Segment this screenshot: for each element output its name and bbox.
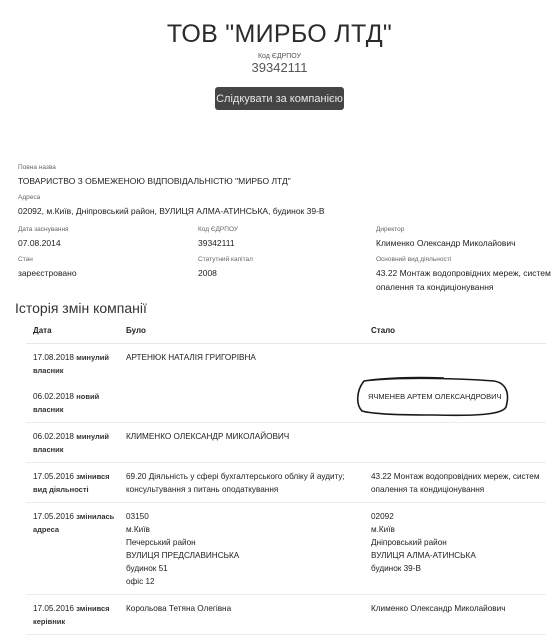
history-row: 17.05.2016 змінився вид діяльності69.20 … bbox=[26, 463, 546, 503]
history-before-cell: АРТЕНЮК НАТАЛІЯ ГРИГОРІВНА bbox=[119, 344, 364, 384]
history-before-cell-line: 03150 bbox=[126, 510, 364, 523]
history-table: Дата Було Стало 17.08.2018 минулий власн… bbox=[26, 320, 546, 635]
field-label: Дата заснування bbox=[18, 225, 178, 234]
history-before-cell-line: 69.20 Діяльність у сфері бухгалтерського… bbox=[126, 470, 364, 483]
field-label: Повна назва bbox=[18, 163, 418, 172]
circled-new-owner: ЯЧМЕНЕВ АРТЕМ ОЛЕКСАНДРОВИЧ bbox=[368, 392, 502, 401]
field-value: 39342111 bbox=[198, 236, 358, 250]
field-activity: Основний вид діяльності 43.22 Монтаж вод… bbox=[376, 255, 551, 294]
change-date: 17.05.2016 bbox=[33, 604, 74, 613]
history-before-cell-line: КЛИМЕНКО ОЛЕКСАНДР МИКОЛАЙОВИЧ bbox=[126, 430, 364, 443]
history-after-cell-line: будинок 39-В bbox=[371, 562, 546, 575]
history-after-cell-line: Клименко Олександр Миколайович bbox=[371, 602, 546, 615]
field-label: Код ЄДРПОУ bbox=[198, 225, 358, 234]
field-value: Клименко Олександр Миколайович bbox=[376, 236, 556, 250]
field-value: 2008 bbox=[198, 266, 358, 280]
history-row: 17.05.2016 змінилась адреса03150м.КиївПе… bbox=[26, 503, 546, 595]
history-after-cell-line: опалення та кондиціонування bbox=[371, 483, 546, 496]
change-date: 17.08.2018 bbox=[33, 353, 74, 362]
history-before-cell-line: Печерський район bbox=[126, 536, 364, 549]
history-date-cell: 17.08.2018 минулий власник bbox=[26, 344, 119, 384]
field-full-name: Повна назва ТОВАРИСТВО З ОБМЕЖЕНОЮ ВІДПО… bbox=[18, 163, 418, 188]
history-after-cell-line: ВУЛИЦЯ АЛМА-АТИНСЬКА bbox=[371, 549, 546, 562]
field-capital: Статутний капітал 2008 bbox=[198, 255, 358, 280]
history-before-cell-line: консультування з питань оподаткування bbox=[126, 483, 364, 496]
history-before-cell: КЛИМЕНКО ОЛЕКСАНДР МИКОЛАЙОВИЧ bbox=[119, 423, 364, 463]
history-header-row: Дата Було Стало bbox=[26, 320, 546, 344]
history-date-cell: 17.05.2016 змінилась адреса bbox=[26, 503, 119, 595]
history-date-cell: 06.02.2018 минулий власник bbox=[26, 423, 119, 463]
history-date-cell: 17.05.2016 змінився керівник bbox=[26, 595, 119, 635]
history-after-cell bbox=[364, 423, 546, 463]
history-before-cell: 69.20 Діяльність у сфері бухгалтерського… bbox=[119, 463, 364, 503]
history-before-cell-line: Корольова Тетяна Олегівна bbox=[126, 602, 364, 615]
change-date: 06.02.2018 bbox=[33, 392, 74, 401]
change-date: 17.05.2016 bbox=[33, 512, 74, 521]
history-date-cell: 06.02.2018 новий власник bbox=[26, 383, 119, 423]
history-date-cell: 17.05.2016 змінився вид діяльності bbox=[26, 463, 119, 503]
history-row: 06.02.2018 минулий власникКЛИМЕНКО ОЛЕКС… bbox=[26, 423, 546, 463]
company-title: ТОВ "МИРБО ЛТД" bbox=[0, 20, 559, 49]
history-after-cell-line: м.Київ bbox=[371, 523, 546, 536]
history-row: 17.05.2016 змінився керівникКорольова Те… bbox=[26, 595, 546, 635]
field-value: 43.22 Монтаж водопровідних мереж, систем… bbox=[376, 266, 551, 294]
field-code: Код ЄДРПОУ 39342111 bbox=[198, 225, 358, 250]
field-label: Статутний капітал bbox=[198, 255, 358, 264]
history-before-cell-line: ВУЛИЦЯ ПРЕДСЛАВИНСЬКА bbox=[126, 549, 364, 562]
field-status: Стан зареєстровано bbox=[18, 255, 178, 280]
follow-company-button[interactable]: Слідкувати за компанією bbox=[215, 87, 344, 110]
column-header-after: Стало bbox=[364, 320, 546, 344]
history-after-cell: 02092м.КиївДніпровський районВУЛИЦЯ АЛМА… bbox=[364, 503, 546, 595]
field-address: Адреса 02092, м.Київ, Дніпровський район… bbox=[18, 193, 418, 218]
history-before-cell-line: АРТЕНЮК НАТАЛІЯ ГРИГОРІВНА bbox=[126, 351, 364, 364]
field-value: 07.08.2014 bbox=[18, 236, 178, 250]
history-after-cell: Клименко Олександр Миколайович bbox=[364, 595, 546, 635]
history-after-cell-line: 43.22 Монтаж водопровідних мереж, систем bbox=[371, 470, 546, 483]
history-before-cell-line: офіс 12 bbox=[126, 575, 364, 588]
history-before-cell: 03150м.КиївПечерський районВУЛИЦЯ ПРЕДСЛ… bbox=[119, 503, 364, 595]
field-value: зареєстровано bbox=[18, 266, 178, 280]
history-before-cell-line: будинок 51 bbox=[126, 562, 364, 575]
change-date: 06.02.2018 bbox=[33, 432, 74, 441]
history-after-cell-line: Дніпровський район bbox=[371, 536, 546, 549]
field-label: Стан bbox=[18, 255, 178, 264]
edrpou-label: Код ЄДРПОУ bbox=[0, 53, 559, 60]
history-title: Історія змін компанії bbox=[15, 300, 147, 316]
field-director: Директор Клименко Олександр Миколайович bbox=[376, 225, 556, 250]
history-before-cell bbox=[119, 383, 364, 423]
history-after-cell: 43.22 Монтаж водопровідних мереж, систем… bbox=[364, 463, 546, 503]
history-before-cell: Корольова Тетяна Олегівна bbox=[119, 595, 364, 635]
change-date: 17.05.2016 bbox=[33, 472, 74, 481]
history-after-cell-line: 02092 bbox=[371, 510, 546, 523]
column-header-before: Було bbox=[119, 320, 364, 344]
field-label: Адреса bbox=[18, 193, 418, 202]
edrpou-value: 39342111 bbox=[0, 60, 559, 75]
column-header-date: Дата bbox=[26, 320, 119, 344]
hand-drawn-circle-annotation: ЯЧМЕНЕВ АРТЕМ ОЛЕКСАНДРОВИЧ bbox=[354, 375, 512, 419]
field-label: Основний вид діяльності bbox=[376, 255, 551, 264]
field-value: 02092, м.Київ, Дніпровський район, ВУЛИЦ… bbox=[18, 204, 418, 218]
field-label: Директор bbox=[376, 225, 556, 234]
history-before-cell-line: м.Київ bbox=[126, 523, 364, 536]
field-value: ТОВАРИСТВО З ОБМЕЖЕНОЮ ВІДПОВІДАЛЬНІСТЮ … bbox=[18, 174, 418, 188]
field-founded: Дата заснування 07.08.2014 bbox=[18, 225, 178, 250]
